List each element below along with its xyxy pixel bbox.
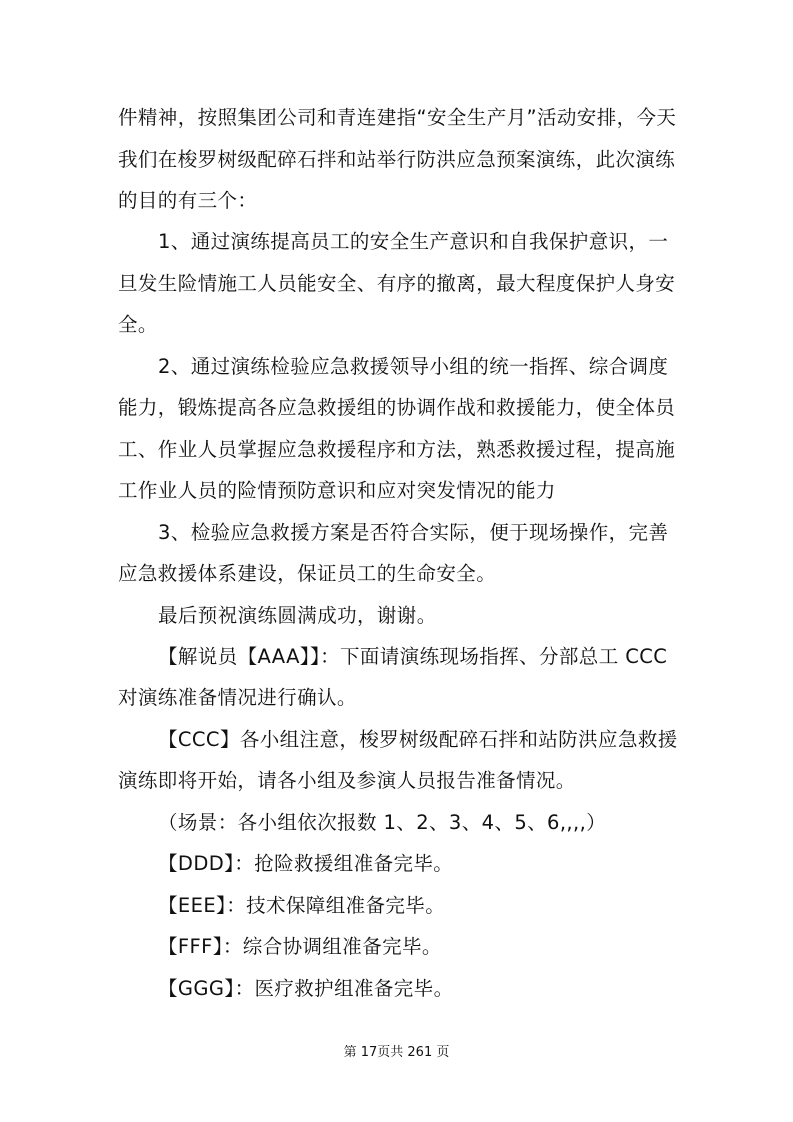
text-line: 工、作业人员掌握应急救援程序和方法，熟悉救援过程，提高施 [118,435,675,465]
text-line: 1、通过演练提高员工的安全生产意识和自我保护意识，一 [158,227,668,257]
text-line: 2、通过演练检验应急救援领导小组的统一指挥、综合调度 [158,352,668,382]
text-line: 件精神，按照集团公司和青连建指“安全生产月”活动安排，今天 [118,103,676,133]
text-line: 3、检验应急救援方案是否符合实际，便于现场操作，完善 [158,518,668,548]
text-line: 对演练准备情况进行确认。 [118,683,357,713]
text-line: 全。 [118,310,158,340]
text-line: （场景：各小组依次报数 1、2、3、4、5、6,,,,） [158,808,606,838]
text-line: 【解说员【AAA】】：下面请演练现场指挥、分部总工 CCC [158,642,667,672]
text-line: 【FFF】：综合协调组准备完毕。 [158,932,442,962]
text-line: 的目的有三个： [118,186,257,216]
text-line: 【EEE】：技术保障组准备完毕。 [158,891,445,921]
text-line: 最后预祝演练圆满成功，谢谢。 [158,601,437,631]
text-line: 演练即将开始，请各小组及参演人员报告准备情况。 [118,766,576,796]
text-line: 我们在梭罗树级配碎石拌和站举行防洪应急预案演练，此次演练 [118,145,675,175]
text-line: 工作业人员的险情预防意识和应对突发情况的能力 [118,476,556,506]
text-line: 能力，锻炼提高各应急救援组的协调作战和救援能力，使全体员 [118,393,675,423]
text-line: 【GGG】：医疗救护组准备完毕。 [158,974,453,1004]
page-number-footer: 第 17页共 261 页 [0,1041,793,1060]
text-line: 旦发生险情施工人员能安全、有序的撤离，最大程度保护人身安 [118,269,675,299]
text-line: 【DDD】：抢险救援组准备完毕。 [158,849,453,879]
text-line: 【CCC】各小组注意，梭罗树级配碎石拌和站防洪应急救援 [158,725,678,755]
text-line: 应急救援体系建设，保证员工的生命安全。 [118,559,496,589]
